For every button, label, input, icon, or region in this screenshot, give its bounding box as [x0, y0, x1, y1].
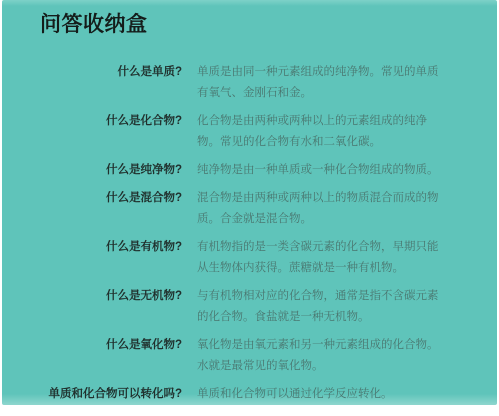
qa-row: 单质和化合物可以转化吗? 单质和化合物可以通过化学反应转化。 [2, 384, 497, 405]
answer-line: 与有机物相对应的化合物，通常是指不含碳元素 [197, 286, 439, 307]
answer-line: 物。常见的化合物有水和二氧化碳。 [197, 132, 427, 153]
qa-row: 什么是纯净物? 纯净物是由一种单质或一种化合物组成的物质。 [2, 160, 497, 181]
answer-text: 化合物是由两种或两种以上的元素组成的纯净物。常见的化合物有水和二氧化碳。 [197, 111, 427, 153]
question-label: 什么是无机物? [2, 286, 182, 307]
answer-text: 与有机物相对应的化合物，通常是指不含碳元素的化合物。食盐就是一种无机物。 [197, 286, 439, 328]
answer-line: 水就是最常见的氧化物。 [197, 356, 439, 377]
answer-line: 有氧气、金刚石和金。 [197, 83, 439, 104]
answer-line: 单质和化合物可以通过化学反应转化。 [197, 384, 393, 405]
answer-text: 纯净物是由一种单质或一种化合物组成的物质。 [197, 160, 439, 181]
question-label: 什么是纯净物? [2, 160, 182, 181]
answer-line: 单质是由同一种元素组成的纯净物。常见的单质 [197, 62, 439, 83]
qa-row: 什么是单质? 单质是由同一种元素组成的纯净物。常见的单质有氧气、金刚石和金。 [2, 62, 497, 104]
question-label: 什么是单质? [2, 62, 182, 83]
question-label: 什么是混合物? [2, 188, 182, 209]
answer-line: 的化合物。食盐就是一种无机物。 [197, 307, 439, 328]
qa-list: 什么是单质? 单质是由同一种元素组成的纯净物。常见的单质有氧气、金刚石和金。 什… [2, 62, 497, 405]
qa-row: 什么是化合物? 化合物是由两种或两种以上的元素组成的纯净物。常见的化合物有水和二… [2, 111, 497, 153]
qa-row: 什么是混合物? 混合物是由两种或两种以上的物质混合而成的物质。合金就是混合物。 [2, 188, 497, 230]
answer-text: 单质是由同一种元素组成的纯净物。常见的单质有氧气、金刚石和金。 [197, 62, 439, 104]
answer-line: 纯净物是由一种单质或一种化合物组成的物质。 [197, 160, 439, 181]
answer-line: 混合物是由两种或两种以上的物质混合而成的物 [197, 188, 439, 209]
qa-card: 问答收纳盒 什么是单质? 单质是由同一种元素组成的纯净物。常见的单质有氧气、金刚… [2, 0, 497, 405]
qa-row: 什么是无机物? 与有机物相对应的化合物，通常是指不含碳元素的化合物。食盐就是一种… [2, 286, 497, 328]
page-title: 问答收纳盒 [2, 0, 497, 37]
answer-text: 有机物指的是一类含碳元素的化合物，早期只能从生物体内获得。蔗糖就是一种有机物。 [197, 237, 439, 279]
question-label: 什么是有机物? [2, 237, 182, 258]
answer-text: 氧化物是由氧元素和另一种元素组成的化合物。水就是最常见的氧化物。 [197, 335, 439, 377]
qa-row: 什么是氧化物? 氧化物是由氧元素和另一种元素组成的化合物。水就是最常见的氧化物。 [2, 335, 497, 377]
answer-line: 质。合金就是混合物。 [197, 209, 439, 230]
answer-line: 有机物指的是一类含碳元素的化合物，早期只能 [197, 237, 439, 258]
question-label: 单质和化合物可以转化吗? [2, 384, 182, 405]
answer-text: 单质和化合物可以通过化学反应转化。 [197, 384, 393, 405]
answer-text: 混合物是由两种或两种以上的物质混合而成的物质。合金就是混合物。 [197, 188, 439, 230]
answer-line: 氧化物是由氧元素和另一种元素组成的化合物。 [197, 335, 439, 356]
answer-line: 化合物是由两种或两种以上的元素组成的纯净 [197, 111, 427, 132]
page: 问答收纳盒 什么是单质? 单质是由同一种元素组成的纯净物。常见的单质有氧气、金刚… [0, 0, 499, 416]
qa-row: 什么是有机物? 有机物指的是一类含碳元素的化合物，早期只能从生物体内获得。蔗糖就… [2, 237, 497, 279]
question-label: 什么是化合物? [2, 111, 182, 132]
question-label: 什么是氧化物? [2, 335, 182, 356]
answer-line: 从生物体内获得。蔗糖就是一种有机物。 [197, 258, 439, 279]
